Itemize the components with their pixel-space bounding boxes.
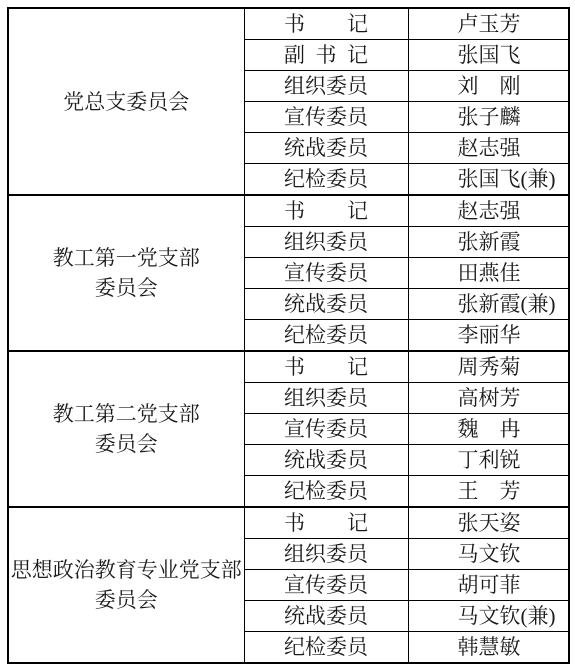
person-name: 刘刚 (458, 71, 521, 101)
committee-cell: 教工第二党支部委员会 (8, 351, 244, 507)
position-cell: 统战委员 (244, 289, 408, 320)
party-committee-table: 党总支委员会 书记 卢玉芳 副书记 张国飞 组织委员 刘刚 宣传委员 张子麟 统… (7, 7, 570, 664)
table-row: 党总支委员会 书记 卢玉芳 (8, 8, 569, 40)
position-label: 组织委员 (284, 383, 368, 413)
person-name: 丁利锐 (458, 445, 521, 475)
person-name: 田燕佳 (458, 258, 521, 288)
committee-name: 党总支委员会 (9, 87, 244, 117)
concurrent-suffix: (兼) (521, 167, 556, 191)
position-cell: 宣传委员 (244, 102, 408, 133)
position-label: 纪检委员 (284, 476, 368, 506)
position-label: 宣传委员 (284, 414, 368, 444)
position-label: 统战委员 (284, 289, 368, 319)
position-label: 组织委员 (284, 539, 368, 569)
position-label: 宣传委员 (284, 102, 368, 132)
person-name: 周秀菊 (458, 352, 521, 382)
person-name: 高树芳 (458, 383, 521, 413)
name-cell: 张新霞(兼) (408, 289, 569, 320)
position-cell: 宣传委员 (244, 258, 408, 289)
person-name: 魏冉 (458, 414, 521, 444)
position-cell: 统战委员 (244, 445, 408, 476)
person-name: 马文钦 (458, 601, 521, 631)
name-cell: 周秀菊 (408, 351, 569, 383)
name-cell: 张天姿 (408, 507, 569, 539)
name-cell: 马文钦(兼) (408, 601, 569, 632)
name-cell: 张新霞 (408, 227, 569, 258)
concurrent-suffix: (兼) (521, 604, 556, 628)
person-name: 卢玉芳 (458, 9, 521, 39)
position-cell: 书记 (244, 195, 408, 227)
position-label: 书记 (284, 9, 368, 39)
position-cell: 统战委员 (244, 133, 408, 164)
position-label: 书记 (284, 352, 368, 382)
name-cell: 赵志强 (408, 195, 569, 227)
name-cell: 马文钦 (408, 539, 569, 570)
committee-cell: 教工第一党支部委员会 (8, 195, 244, 351)
name-cell: 丁利锐 (408, 445, 569, 476)
name-cell: 卢玉芳 (408, 8, 569, 40)
position-cell: 宣传委员 (244, 414, 408, 445)
position-label: 纪检委员 (284, 632, 368, 662)
position-cell: 书记 (244, 351, 408, 383)
committee-cell: 思想政治教育专业党支部委员会 (8, 507, 244, 663)
committee-name: 思想政治教育专业党支部委员会 (9, 555, 244, 615)
name-cell: 赵志强 (408, 133, 569, 164)
table-row: 教工第二党支部委员会 书记 周秀菊 (8, 351, 569, 383)
position-cell: 组织委员 (244, 71, 408, 102)
table-row: 思想政治教育专业党支部委员会 书记 张天姿 (8, 507, 569, 539)
committee-name: 教工第一党支部委员会 (9, 243, 244, 303)
person-name: 张新霞 (458, 289, 521, 319)
position-label: 纪检委员 (284, 164, 368, 194)
table-row: 教工第一党支部委员会 书记 赵志强 (8, 195, 569, 227)
position-cell: 纪检委员 (244, 320, 408, 352)
position-label: 统战委员 (284, 601, 368, 631)
position-cell: 副书记 (244, 40, 408, 71)
position-cell: 纪检委员 (244, 164, 408, 196)
name-cell: 魏冉 (408, 414, 569, 445)
person-name: 张天姿 (458, 508, 521, 538)
person-name: 马文钦 (458, 539, 521, 569)
position-label: 组织委员 (284, 227, 368, 257)
name-cell: 张国飞(兼) (408, 164, 569, 196)
person-name: 张子麟 (458, 102, 521, 132)
name-cell: 张国飞 (408, 40, 569, 71)
person-name: 韩慧敏 (458, 632, 521, 662)
person-name: 张国飞 (458, 164, 521, 194)
document-page: 党总支委员会 书记 卢玉芳 副书记 张国飞 组织委员 刘刚 宣传委员 张子麟 统… (0, 0, 575, 644)
concurrent-suffix: (兼) (521, 292, 556, 316)
position-label: 统战委员 (284, 133, 368, 163)
name-cell: 韩慧敏 (408, 632, 569, 664)
position-label: 组织委员 (284, 71, 368, 101)
name-cell: 李丽华 (408, 320, 569, 352)
name-cell: 高树芳 (408, 383, 569, 414)
position-label: 书记 (284, 508, 368, 538)
committee-name: 教工第二党支部委员会 (9, 399, 244, 459)
position-label: 宣传委员 (284, 258, 368, 288)
person-name: 张国飞 (458, 40, 521, 70)
position-cell: 纪检委员 (244, 632, 408, 664)
name-cell: 田燕佳 (408, 258, 569, 289)
person-name: 赵志强 (458, 196, 521, 226)
position-label: 副书记 (284, 40, 368, 70)
person-name: 李丽华 (458, 320, 521, 350)
name-cell: 刘刚 (408, 71, 569, 102)
person-name: 胡可菲 (458, 570, 521, 600)
position-cell: 组织委员 (244, 227, 408, 258)
position-cell: 组织委员 (244, 383, 408, 414)
position-cell: 统战委员 (244, 601, 408, 632)
name-cell: 王芳 (408, 476, 569, 508)
name-cell: 胡可菲 (408, 570, 569, 601)
position-label: 宣传委员 (284, 570, 368, 600)
position-label: 书记 (284, 196, 368, 226)
position-cell: 纪检委员 (244, 476, 408, 508)
position-cell: 书记 (244, 8, 408, 40)
person-name: 赵志强 (458, 133, 521, 163)
person-name: 王芳 (458, 476, 521, 506)
position-cell: 宣传委员 (244, 570, 408, 601)
position-label: 统战委员 (284, 445, 368, 475)
name-cell: 张子麟 (408, 102, 569, 133)
position-label: 纪检委员 (284, 320, 368, 350)
person-name: 张新霞 (458, 227, 521, 257)
position-cell: 书记 (244, 507, 408, 539)
committee-cell: 党总支委员会 (8, 8, 244, 195)
position-cell: 组织委员 (244, 539, 408, 570)
